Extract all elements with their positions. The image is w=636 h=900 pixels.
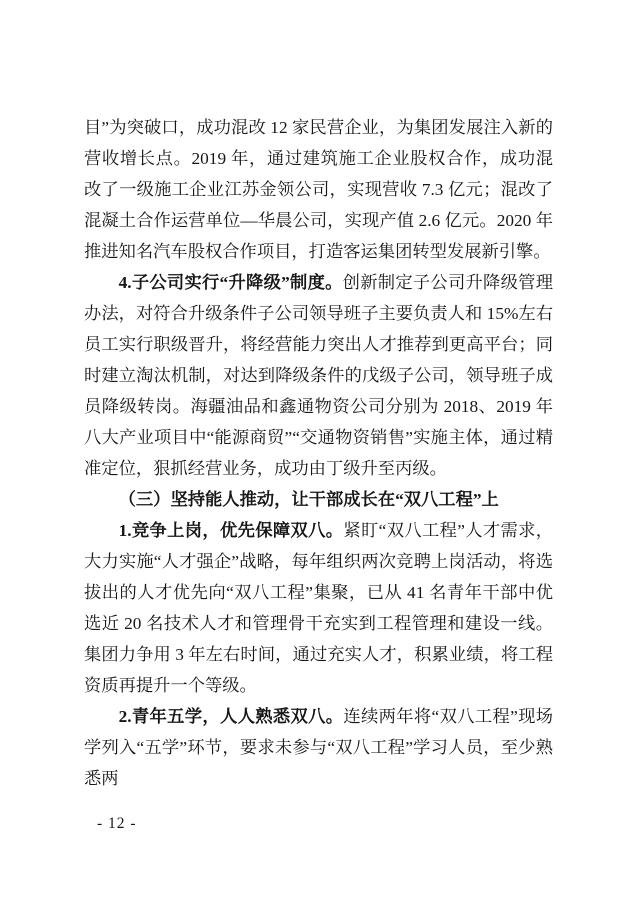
document-page: 目”为突破口，成功混改 12 家民营企业，为集团发展注入新的营收增长点。2019… <box>0 0 636 900</box>
paragraph: 目”为突破口，成功混改 12 家民营企业，为集团发展注入新的营收增长点。2019… <box>84 112 553 267</box>
page-number: - 12 - <box>97 814 137 834</box>
paragraph-lead: 4.子公司实行“升降级”制度。 <box>119 273 343 292</box>
paragraph-lead: 2.青年五学，人人熟悉双八。 <box>119 707 344 726</box>
section-heading: （三）坚持能人推动，让干部成长在“双八工程”上 <box>84 484 553 515</box>
paragraph: 1.竞争上岗，优先保障双八。紧盯“双八工程”人才需求，大力实施“人才强企”战略，… <box>84 515 553 701</box>
paragraph-lead: 1.竞争上岗，优先保障双八。 <box>119 521 344 540</box>
paragraph: 4.子公司实行“升降级”制度。创新制定子公司升降级管理办法，对符合升级条件子公司… <box>84 267 553 484</box>
document-body: 目”为突破口，成功混改 12 家民营企业，为集团发展注入新的营收增长点。2019… <box>84 112 553 794</box>
paragraph: 2.青年五学，人人熟悉双八。连续两年将“双八工程”现场学列入“五学”环节，要求未… <box>84 701 553 794</box>
